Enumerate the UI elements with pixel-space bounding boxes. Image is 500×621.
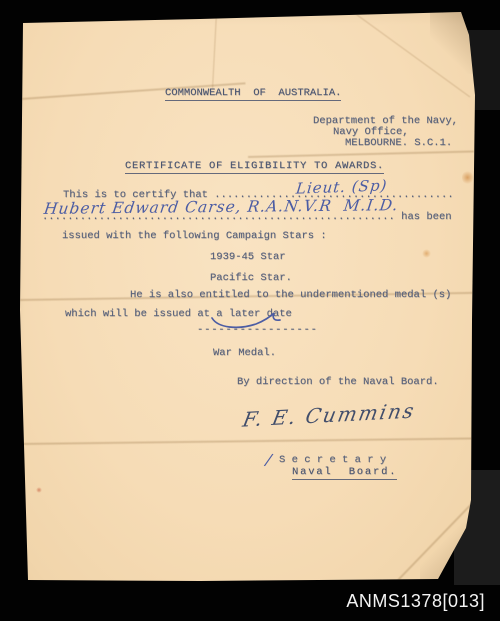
naval-board-text: Naval Board.: [292, 466, 397, 480]
certificate-title-text: CERTIFICATE OF ELIGIBILITY TO AWARDS.: [125, 160, 384, 174]
catalog-number: ANMS1378[013]: [346, 591, 485, 612]
paper-stain: [36, 487, 42, 493]
handwritten-name: Hubert Edward Carse, R.A.N.V.R M.I.D.: [43, 196, 400, 218]
ink-flourish-icon: [208, 310, 286, 334]
naval-board-line: Naval Board.: [292, 466, 397, 478]
paper-stain: [462, 170, 473, 185]
campaign-star-2: Pacific Star.: [210, 272, 292, 284]
document-title: COMMONWEALTH OF AUSTRALIA.: [165, 87, 341, 99]
medal-line: War Medal.: [213, 347, 276, 359]
issued-line: issued with the following Campaign Stars…: [62, 230, 327, 242]
paper-stain: [422, 249, 431, 258]
entitled-line: He is also entitled to the undermentione…: [130, 289, 451, 301]
handwritten-rank: Lieut. (Sp): [295, 176, 388, 197]
address-line-3: MELBOURNE. S.C.1.: [345, 137, 452, 149]
corner-fold-top-right: [430, 12, 472, 74]
certificate-title: CERTIFICATE OF ELIGIBILITY TO AWARDS.: [125, 160, 384, 172]
document-paper: COMMONWEALTH OF AUSTRALIA. Department of…: [0, 0, 500, 621]
direction-line: By direction of the Naval Board.: [237, 376, 439, 388]
document-title-text: COMMONWEALTH OF AUSTRALIA.: [165, 87, 341, 101]
campaign-star-1: 1939-45 Star: [210, 251, 286, 263]
photo-background: COMMONWEALTH OF AUSTRALIA. Department of…: [0, 0, 500, 621]
secretary-line: S e c r e t a r y: [279, 454, 386, 466]
